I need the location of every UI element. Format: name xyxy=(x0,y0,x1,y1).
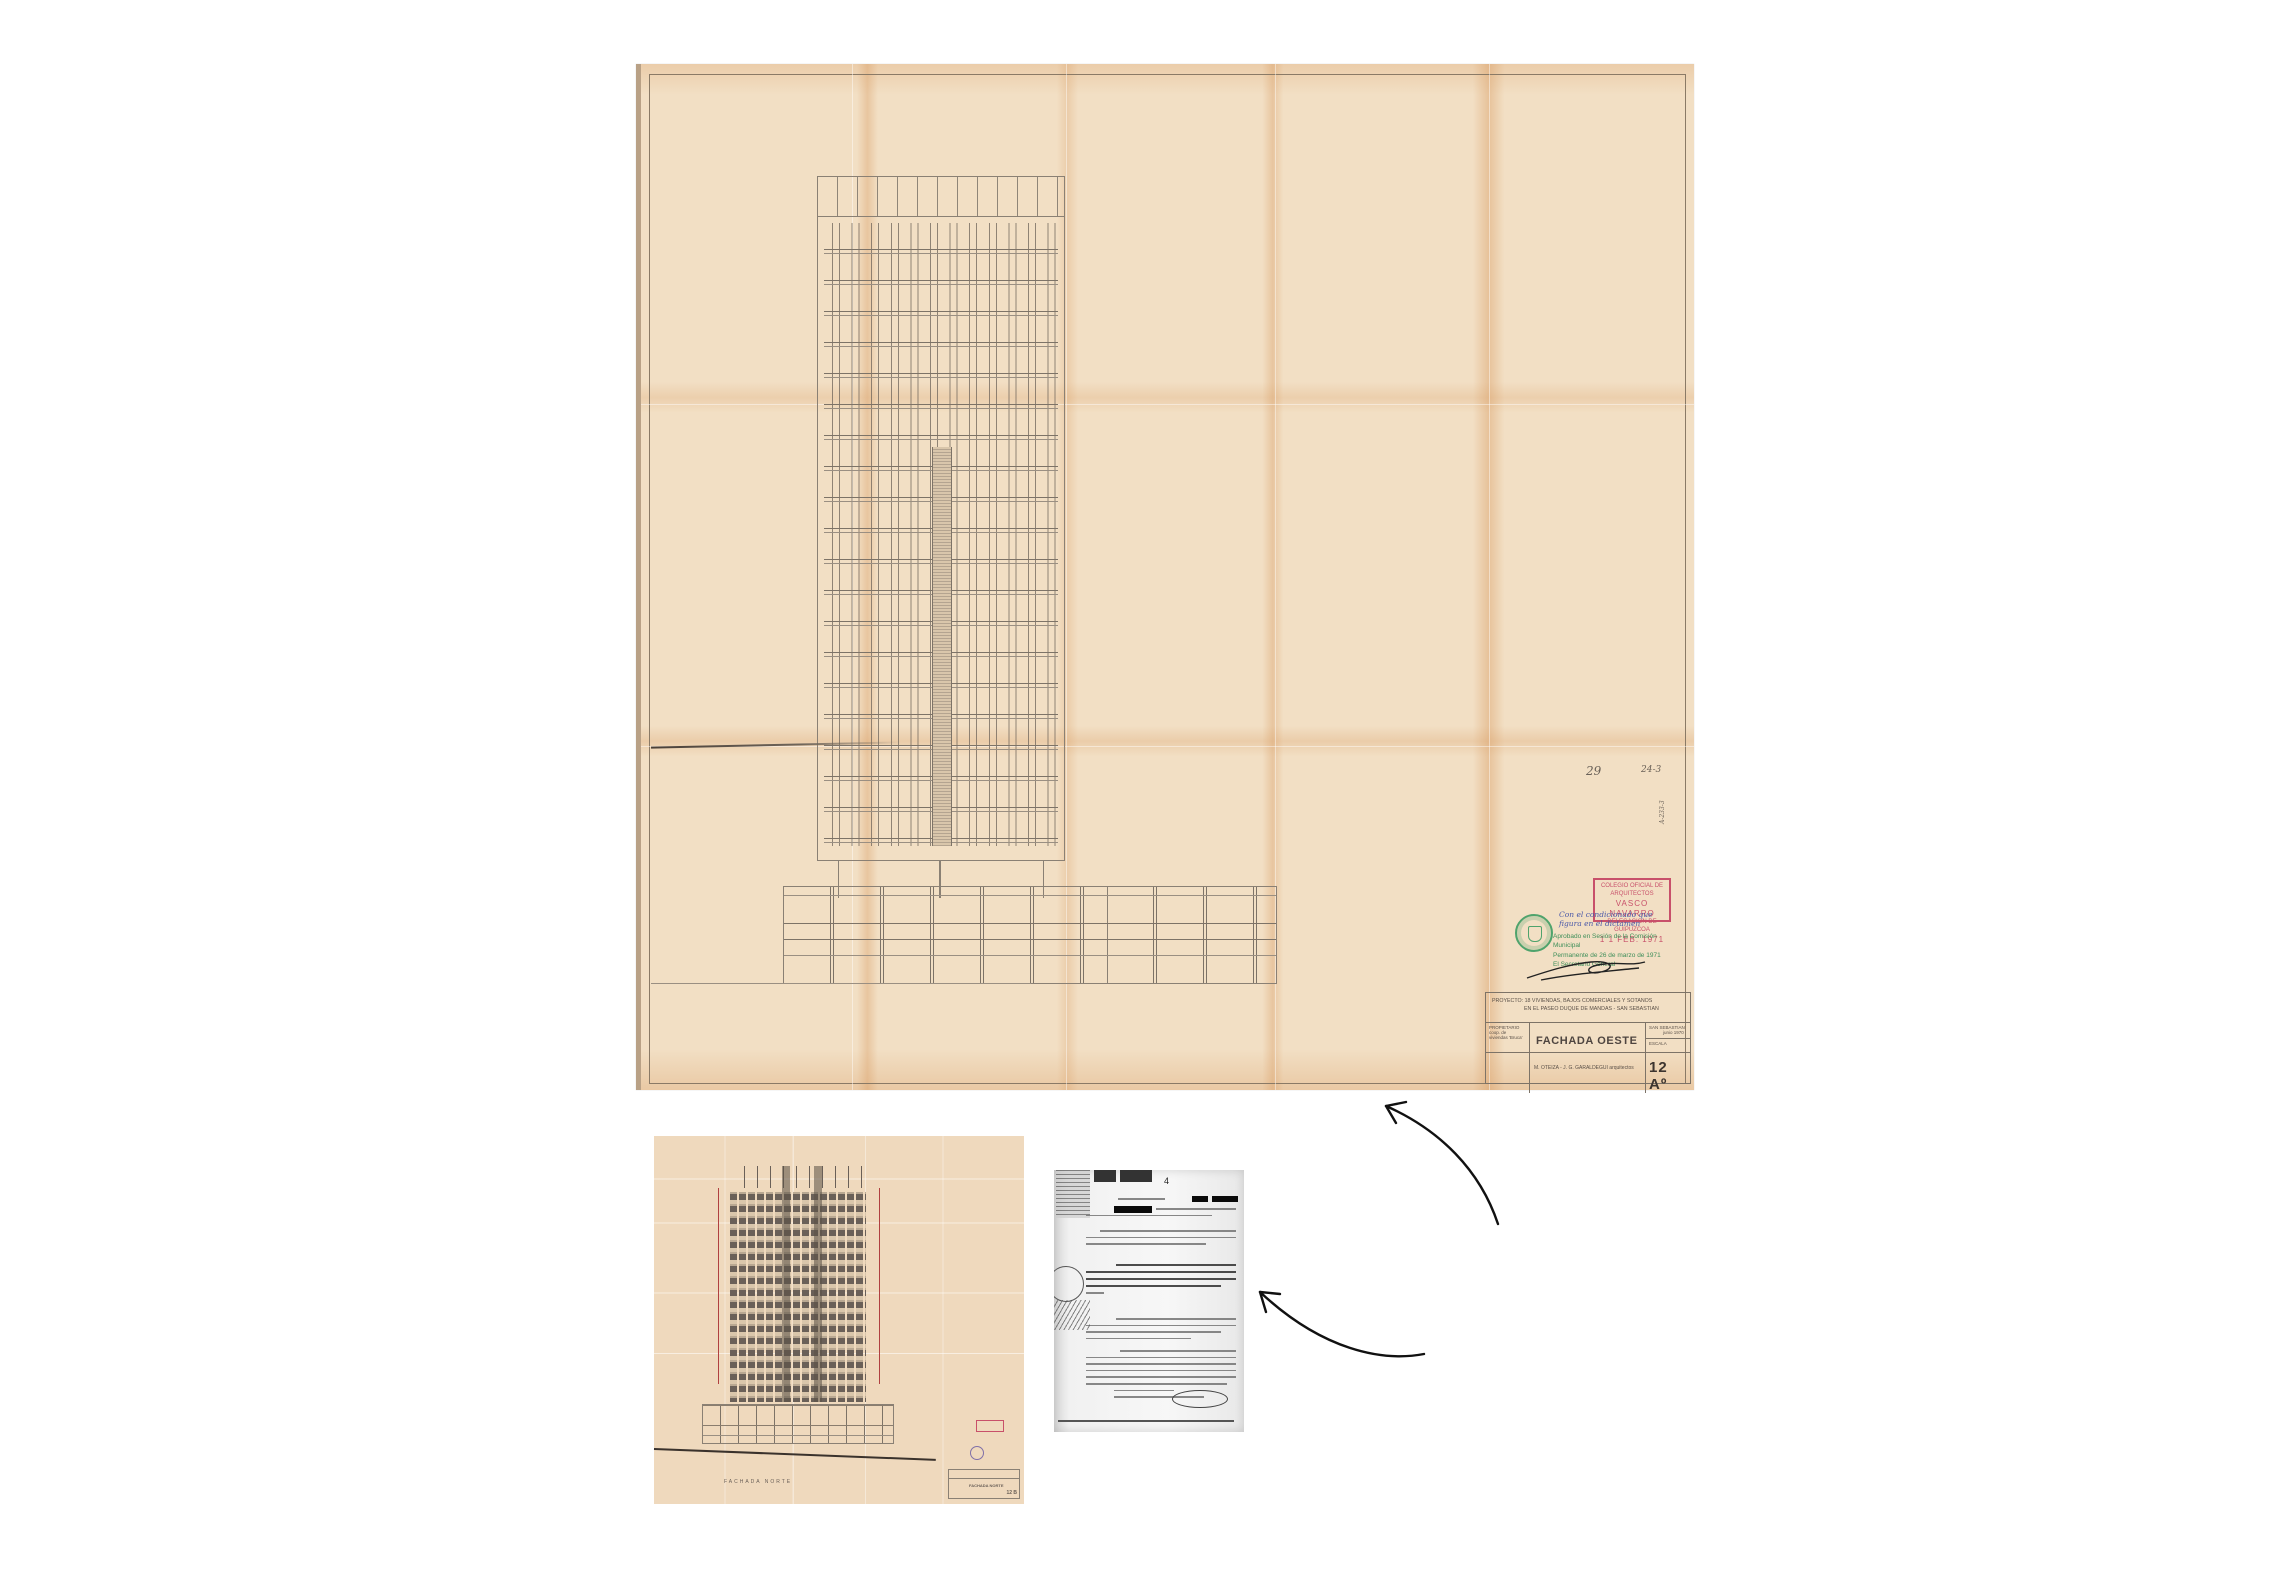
project-line: PROYECTO: 18 VIVIENDAS, BAJOS COMERCIALE… xyxy=(1492,997,1684,1005)
location-date-cell: SAN SEBASTIAN junio 1970 xyxy=(1646,1023,1690,1039)
annotation-vertical-note: A-233-3 xyxy=(1659,800,1666,824)
project-line: EN EL PASEO DUQUE DE MANDAS - SAN SEBAST… xyxy=(1492,1005,1684,1013)
drawing-title: FACHADA OESTE xyxy=(1530,1023,1645,1053)
arrow-to-main-sheet-icon xyxy=(1380,1090,1520,1240)
petition-document-thumbnail: 4 xyxy=(1054,1170,1244,1432)
annotation-number: 29 xyxy=(1586,764,1601,778)
thumbnail-red-stamp xyxy=(976,1420,1004,1432)
stamp-line: COLEGIO OFICIAL DE ARQUITECTOS xyxy=(1595,883,1669,899)
document-margin-signature xyxy=(1054,1300,1090,1330)
handwritten-condition-note: Con el condicionado que figura en el dic… xyxy=(1559,910,1653,928)
owner-cell: PROPIETARIO coop. de viviendas 'Bruca' xyxy=(1486,1023,1529,1053)
municipal-seal-icon xyxy=(1515,914,1553,952)
fiscal-stamps xyxy=(1056,1170,1090,1218)
podium-extension xyxy=(1107,886,1277,984)
thumbnail-drawing-title: FACHADA NORTE xyxy=(969,1483,1004,1488)
document-text-block xyxy=(1086,1350,1236,1396)
document-text-block xyxy=(1086,1318,1236,1344)
document-seal-icon xyxy=(1054,1266,1084,1302)
document-text-block xyxy=(1086,1230,1236,1250)
scale-cell: ESCALA xyxy=(1646,1039,1690,1053)
stamp-block xyxy=(1094,1170,1116,1182)
thumbnail-round-seal-icon xyxy=(970,1446,984,1460)
underlined-paragraph xyxy=(1086,1264,1236,1299)
north-facade-thumbnail: FACHADA NORTE FACHADA NORTE 12 B xyxy=(654,1136,1024,1504)
document-text-block xyxy=(1086,1208,1236,1221)
tower-stair-core xyxy=(932,447,952,846)
page-mark: 4 xyxy=(1164,1176,1169,1186)
date-value: junio 1970 xyxy=(1649,1030,1687,1035)
annotation-number-right: 24-3 xyxy=(1641,765,1661,775)
note-line: figura en el dictamen xyxy=(1559,919,1653,928)
thumbnail-project-line xyxy=(949,1470,1019,1479)
thumbnail-podium xyxy=(702,1404,894,1444)
signature-cell xyxy=(1486,1053,1529,1083)
fold-line xyxy=(1489,64,1490,1090)
thumbnail-ground-line xyxy=(654,1448,936,1460)
signature-icon xyxy=(1521,954,1651,982)
thumbnail-sheet-number: 12 B xyxy=(1006,1490,1017,1496)
note-line: Con el condicionado que xyxy=(1559,910,1653,919)
thumbnail-caption: FACHADA NORTE xyxy=(724,1479,792,1485)
red-markup-outline xyxy=(718,1188,880,1384)
thumbnail-tower-top xyxy=(732,1166,864,1188)
document-text-block xyxy=(1118,1198,1236,1205)
main-plan-sheet: 29 24-3 A-233-3 COLEGIO OFICIAL DE ARQUI… xyxy=(636,64,1694,1090)
stamp-block xyxy=(1120,1170,1152,1182)
approval-line: Aprobado en Sesión de la Comisión Munici… xyxy=(1553,932,1663,951)
project-description: PROYECTO: 18 VIVIENDAS, BAJOS COMERCIALE… xyxy=(1486,993,1690,1023)
ground-line xyxy=(651,983,1031,984)
architects-credit: M. OTEIZA - J. G. GARALDEGUI arquitectos xyxy=(1530,1053,1645,1071)
sheet-number: 12 Aº xyxy=(1646,1053,1690,1093)
fold-line xyxy=(641,746,1694,747)
podium-elevation-drawing xyxy=(783,886,1108,984)
document-signature-stamp xyxy=(1172,1390,1228,1408)
fold-line xyxy=(641,404,1694,405)
tower-elevation-drawing xyxy=(817,176,1065,861)
scale-label: ESCALA xyxy=(1649,1041,1687,1046)
owner-name: coop. de viviendas 'Bruca' xyxy=(1489,1030,1526,1040)
thumbnail-title-block: FACHADA NORTE 12 B xyxy=(948,1469,1020,1499)
document-footer-line xyxy=(1058,1420,1234,1422)
title-block: PROYECTO: 18 VIVIENDAS, BAJOS COMERCIALE… xyxy=(1485,992,1691,1084)
arrow-to-document-icon xyxy=(1252,1282,1452,1372)
tower-parapet xyxy=(818,177,1064,217)
